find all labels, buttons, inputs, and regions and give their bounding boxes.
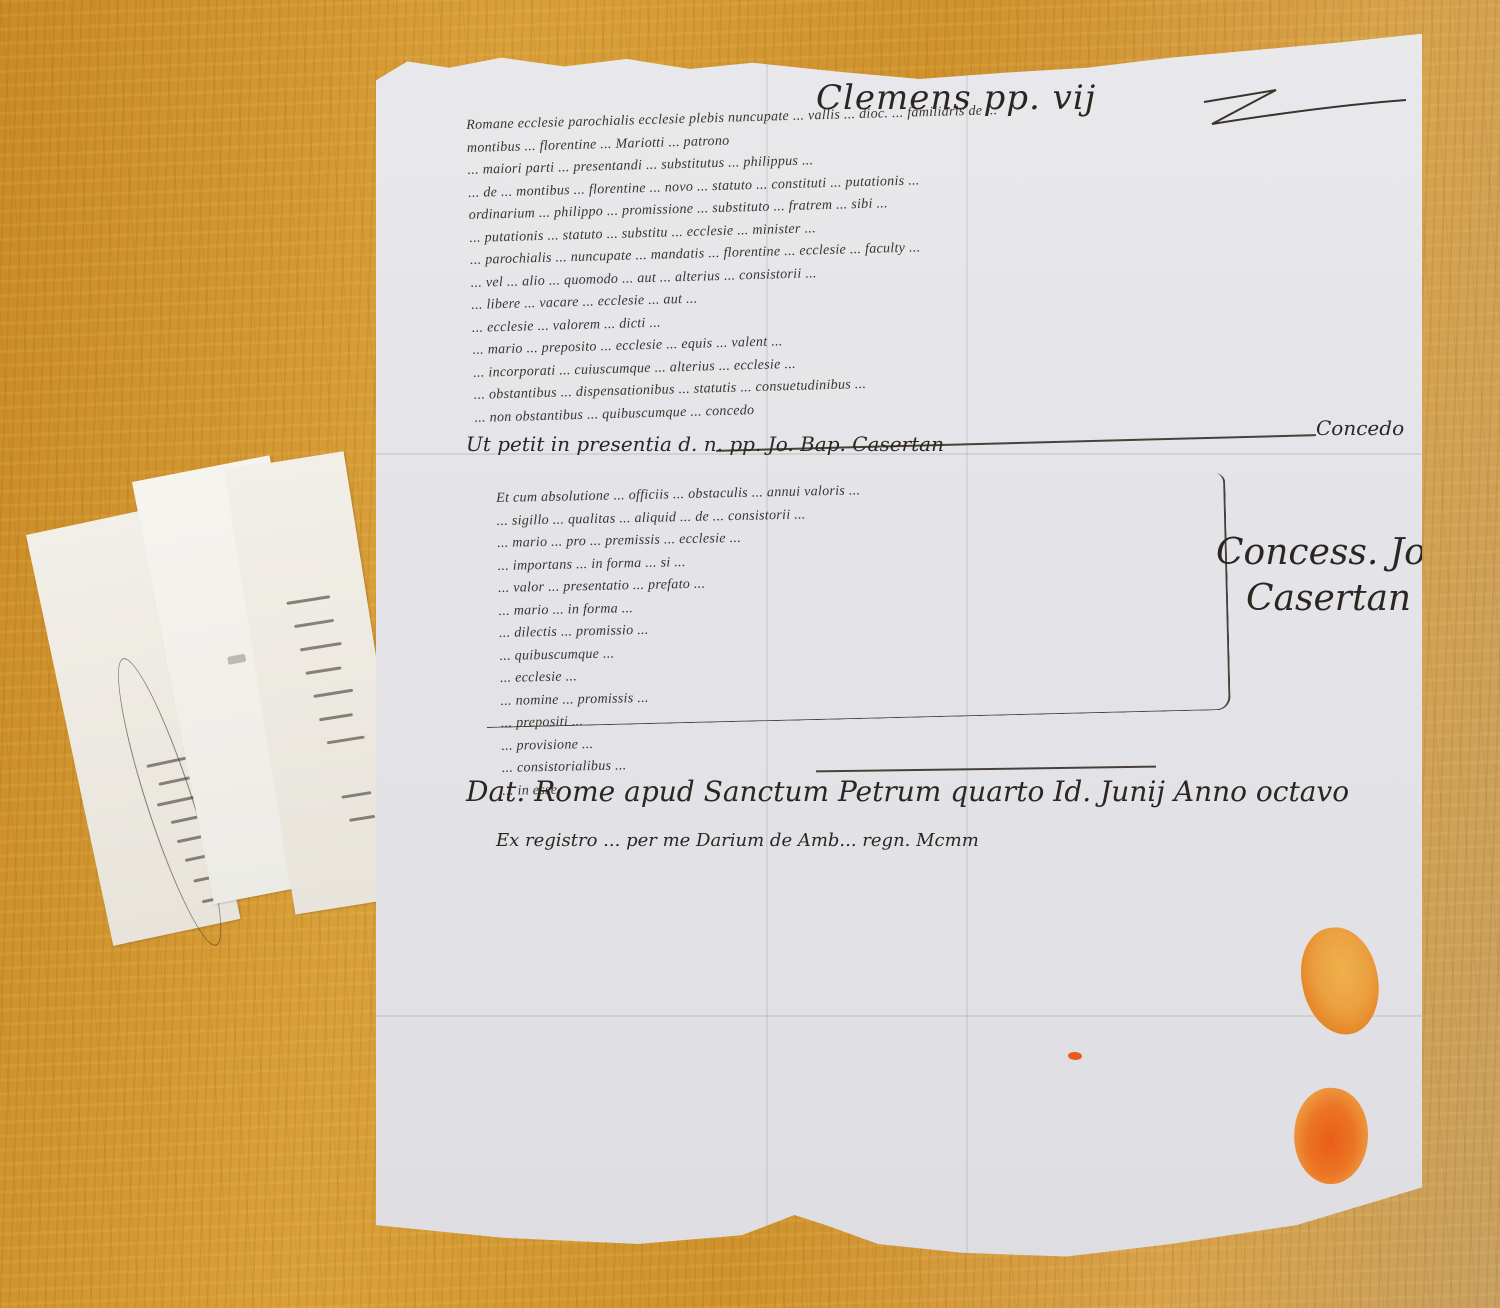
handwriting-stroke — [306, 666, 342, 675]
handwriting-stroke — [349, 815, 375, 822]
main-text-block: Romane ecclesie parochialis ecclesie ple… — [466, 89, 1404, 430]
registry-note: Ex registro ... per me Darium de Amb... … — [496, 830, 979, 851]
attestation-line: Ut petit in presentia d. n. pp. Jo. Bap.… — [466, 432, 944, 456]
wax-speck — [1068, 1052, 1082, 1060]
folded-manuscript — [20, 440, 400, 940]
concedo-signature: Concedo — [1316, 416, 1404, 440]
handwriting-stroke — [313, 689, 353, 698]
handwriting-stroke — [327, 735, 365, 744]
dating-clause: Dat. Rome apud Sanctum Petrum quarto Id.… — [466, 775, 1349, 808]
handwriting-stroke — [341, 791, 371, 799]
wax-seal-lower — [1289, 1084, 1373, 1187]
handwriting-stroke — [300, 642, 342, 652]
papal-brief-sheet: Clemens pp. vij Romane ecclesie parochia… — [376, 30, 1422, 1288]
handwriting-stroke — [319, 713, 353, 721]
secondary-text-block: Et cum absolutione ... officiis ... obst… — [496, 473, 1232, 803]
fold-crease — [376, 1015, 1422, 1017]
handwriting-stroke — [294, 619, 334, 628]
wax-seal-upper — [1295, 922, 1385, 1040]
handwriting-stroke — [286, 595, 330, 605]
ink-smudge — [227, 654, 246, 665]
